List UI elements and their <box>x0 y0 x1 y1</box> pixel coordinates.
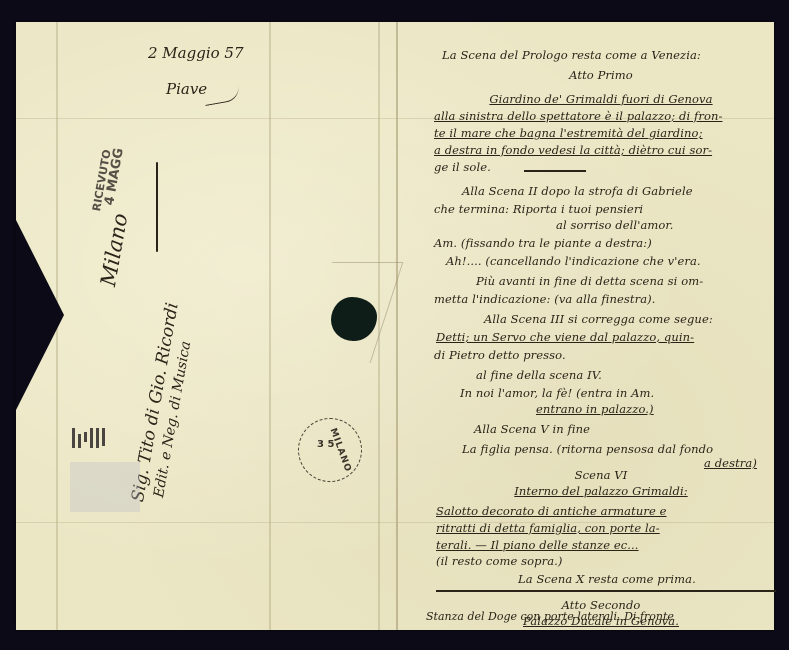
body-line: Detti; un Servo che viene dal palazzo, q… <box>436 330 694 344</box>
torn-edge-notch <box>16 220 64 410</box>
letter-sheet: 2 Maggio 57 Piave Milano RICEVUTO 4 MAGG… <box>16 22 774 630</box>
body-line: ritratti di detta famiglia, con porte la… <box>436 521 660 535</box>
letter-signature: Piave <box>166 80 207 98</box>
faded-stamp-area <box>70 462 140 512</box>
fold-line <box>269 22 271 630</box>
body-line: La Scena del Prologo resta come a Venezi… <box>442 48 701 62</box>
postmark-circle: MILANO 3 5 <box>298 418 362 482</box>
scene-heading: Interno del palazzo Grimaldi: <box>428 484 774 498</box>
body-line: metta l'indicazione: (va alla finestra). <box>434 292 656 306</box>
scene-heading: Giardino de' Grimaldi fuori di Genova <box>428 92 774 106</box>
divider-rule <box>524 170 586 172</box>
body-line: al fine della scena IV. <box>476 368 602 382</box>
body-line: alla sinistra dello spettatore è il pala… <box>434 109 722 123</box>
body-line: che termina: Riporta i tuoi pensieri <box>434 202 643 216</box>
body-line: te il mare che bagna l'estremità del gia… <box>434 126 703 140</box>
body-line: Alla Scena V in fine <box>474 422 590 436</box>
body-line: In noi l'amor, la fè! (entra in Am. <box>460 386 654 400</box>
signature-flourish <box>203 85 241 106</box>
body-line: La figlia pensa. (ritorna pensosa dal fo… <box>462 442 713 456</box>
body-line: a destra in fondo vedesi la città; diètr… <box>434 143 712 157</box>
body-line: Più avanti in fine di detta scena si om- <box>476 274 703 288</box>
body-line: Am. (fissando tra le piante a destra:) <box>434 236 652 250</box>
body-line: di Pietro detto presso. <box>434 348 566 362</box>
address-city: Milano <box>96 211 132 288</box>
letter-date: 2 Maggio 57 <box>148 44 244 62</box>
body-line: terali. — Il piano delle stanze ec... <box>436 538 639 552</box>
postmark-city: MILANO <box>328 427 353 474</box>
body-line: entrano in palazzo.) <box>536 402 654 416</box>
body-line: ge il sole. <box>434 160 491 174</box>
body-line: Stanza del Doge con porte laterali. Di f… <box>426 610 674 623</box>
scene-heading: Scena VI <box>428 468 774 482</box>
center-fold-line <box>396 22 398 630</box>
section-divider <box>436 590 776 592</box>
address-underline <box>156 162 158 252</box>
registration-bars-stamp <box>72 428 105 448</box>
body-line: Salotto decorato di antiche armature e <box>436 504 667 518</box>
body-line: Ah!.... (cancellando l'indicazione che v… <box>446 254 701 268</box>
body-line: La Scena X resta come prima. <box>518 572 696 586</box>
body-line: Alla Scena III si corregga come segue: <box>484 312 713 326</box>
body-line: Alla Scena II dopo la strofa di Gabriele <box>462 184 693 198</box>
letter-body: La Scena del Prologo resta come a Venezi… <box>428 22 778 630</box>
act-heading: Atto Primo <box>428 68 774 82</box>
body-line: al sorriso dell'amor. <box>556 218 674 232</box>
body-line: (il resto come sopra.) <box>436 554 563 568</box>
postmark-date: 3 5 <box>317 439 334 450</box>
